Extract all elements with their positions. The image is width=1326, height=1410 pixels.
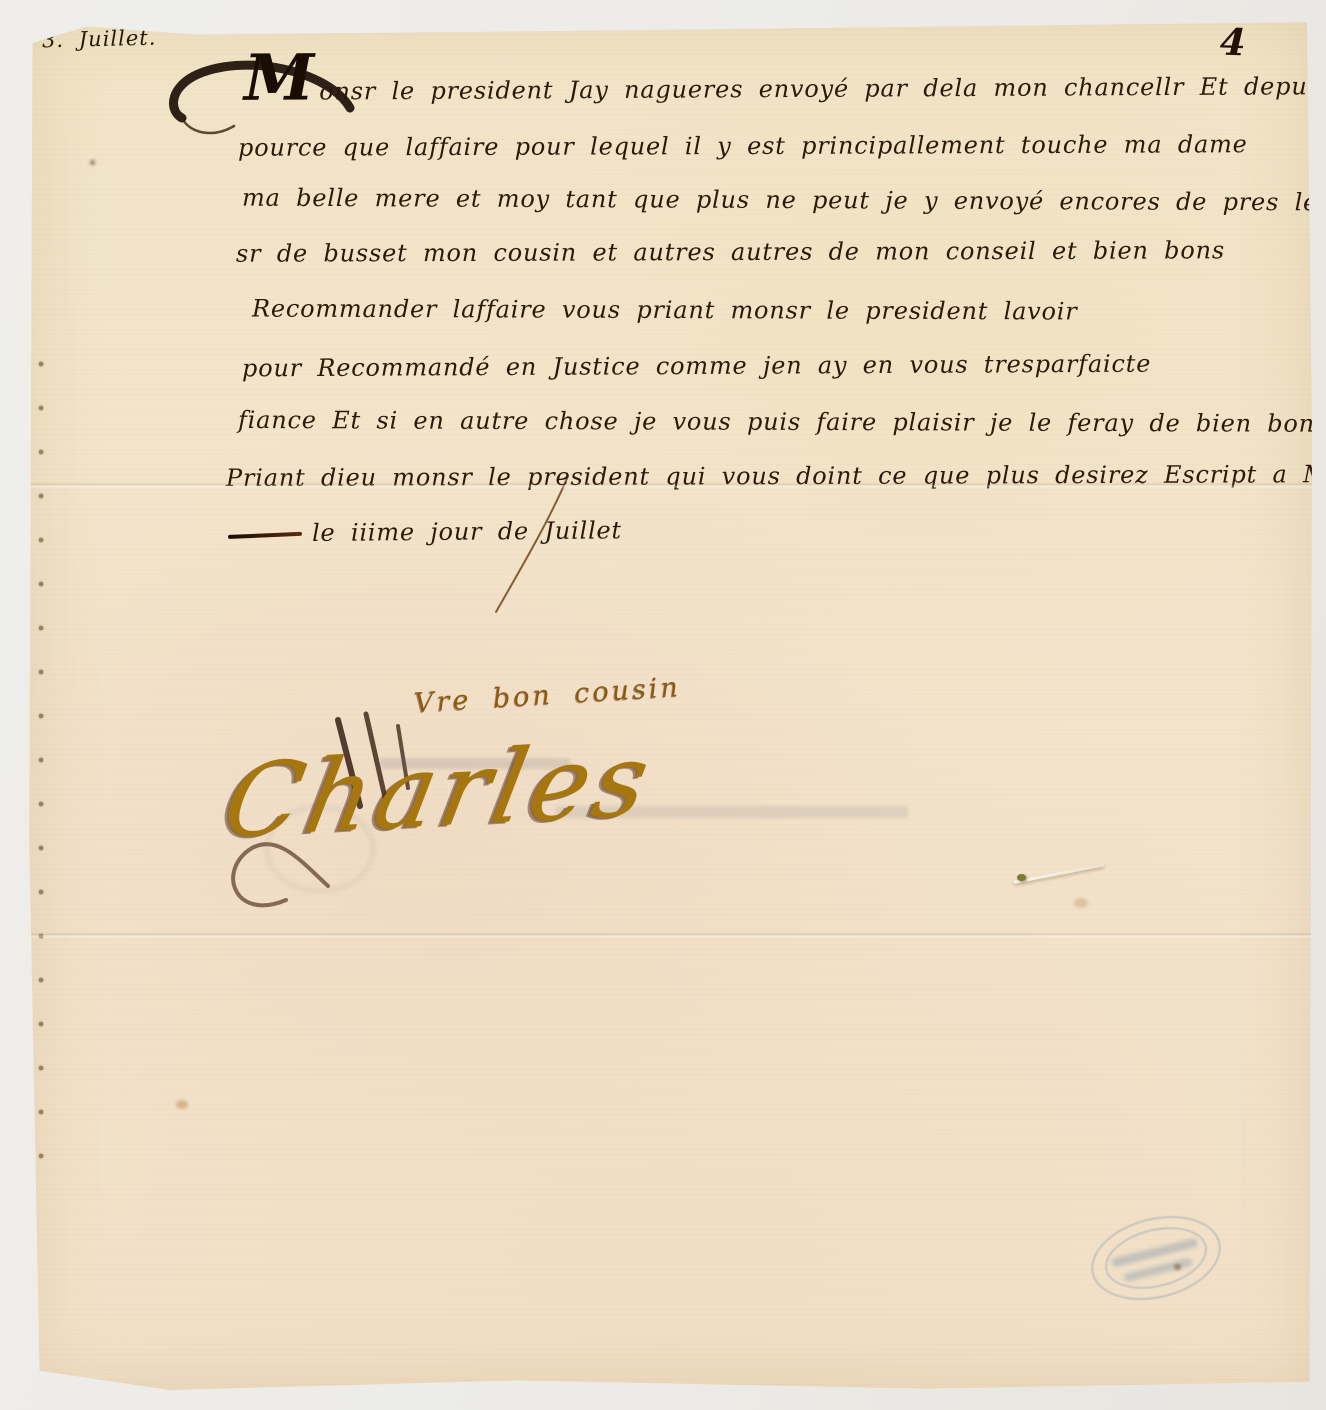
archival-date-note: 3. Juillet. (42, 25, 157, 54)
letter-closing: Vre bon cousin (413, 672, 682, 720)
archive-stamp-oval (1082, 1203, 1229, 1313)
foxing-spot (466, 1382, 475, 1389)
fold-crease (28, 932, 1312, 939)
foxing-spot (90, 160, 95, 165)
fold-crease (28, 482, 1312, 489)
foxing-spot (1074, 898, 1088, 908)
folio-number: 4 (1219, 22, 1247, 63)
tear-flap (1014, 863, 1105, 883)
letter-line: Recommander laffaire vous priant monsr l… (252, 294, 1078, 327)
foxing-spot (176, 1100, 188, 1109)
signature: Charles (215, 724, 662, 858)
letter-line: fiance Et si en autre chose je vous puis… (238, 405, 1326, 439)
letter-line: pour Recommandé en Justice comme jen ay … (242, 349, 1151, 384)
letter-line: sr de busset mon cousin et autres autres… (236, 235, 1225, 268)
letter-line: pource que laffaire pour lequel il y est… (238, 129, 1248, 163)
manuscript-paper-sheet: 3. Juillet. 4 Monsr le president Jay nag… (28, 14, 1312, 1390)
letter-line: Monsr le president Jay nagueres envoyé p… (244, 71, 1326, 107)
stitch-holes-left-edge (34, 342, 50, 1178)
letter-line: ma belle mere et moy tant que plus ne pe… (242, 183, 1318, 218)
foxing-spot (1174, 1264, 1181, 1270)
tear-speck (1017, 874, 1026, 881)
paper-tear (1013, 860, 1108, 888)
letter-dateline: le iiime jour de Juillet (228, 515, 622, 548)
